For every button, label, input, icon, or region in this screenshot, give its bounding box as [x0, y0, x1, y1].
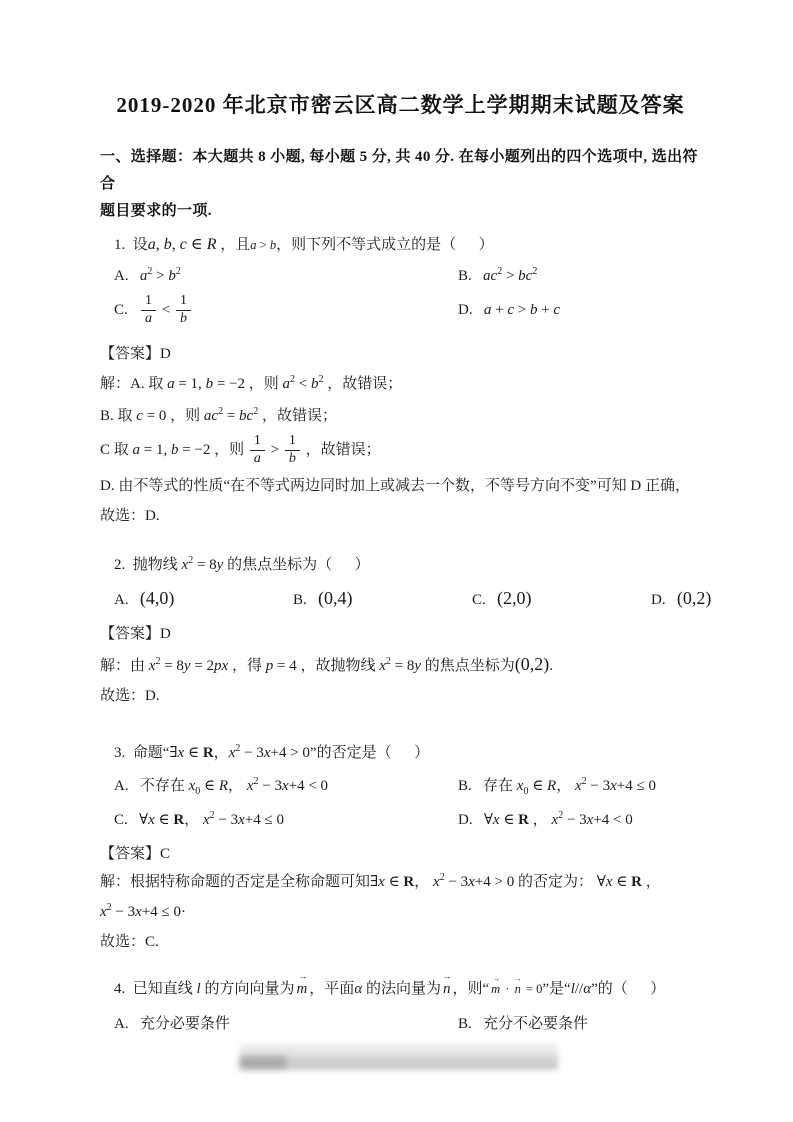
question-1-options-row-1: A. a2 > b2 B. ac2 > bc2: [100, 265, 701, 287]
question-2-option-b: B. (0,4): [279, 587, 458, 611]
question-3-stem: 3. 命题“∃x ∈ R，x2 − 3x+4 > 0”的否定是（ ）: [100, 741, 701, 765]
question-2-answer: 【答案】D: [100, 623, 701, 645]
question-4-option-b: B. 充分不必要条件: [444, 1013, 588, 1035]
question-1-options-row-2: C. 1a < 1b D. a + c > b + c: [100, 291, 701, 329]
question-1-option-a: A. a2 > b2: [100, 265, 444, 287]
question-3-option-a: A. 不存在 x0 ∈ R， x2 − 3x+4 < 0: [100, 775, 444, 797]
question-1-option-b: B. ac2 > bc2: [444, 265, 537, 287]
question-4-options-row: A. 充分必要条件 B. 充分不必要条件: [100, 1013, 701, 1035]
question-3-option-c: C. ∀x ∈ R， x2 − 3x+4 ≤ 0: [100, 809, 444, 831]
section-header-line1: 一、选择题：本大题共 8 小题, 每小题 5 分, 共 40 分. 在每小题列出…: [100, 144, 701, 198]
question-1-solution-line-5: 故选：D.: [100, 505, 701, 527]
question-1-solution-line-2: B. 取 c = 0 ，则 ac2 = bc2 ，故错误；: [100, 405, 701, 427]
blurred-watermark: [240, 1043, 558, 1070]
question-3-solution-line-2: x2 − 3x+4 ≤ 0·: [100, 901, 701, 923]
question-3-options-row-1: A. 不存在 x0 ∈ R， x2 − 3x+4 < 0 B. 存在 x0 ∈ …: [100, 775, 701, 797]
question-1-stem: 1. 设a, b, c ∈ R ，且a > b，则下列不等式成立的是（ ）: [100, 233, 701, 257]
question-4-stem: 4. 已知直线 l 的方向向量为m，平面α 的法向量为n，则“m · n = 0…: [100, 977, 701, 1001]
question-1-solution-line-1: 解：A. 取 a = 1, b = −2 ，则 a2 < b2 ，故错误；: [100, 373, 701, 395]
question-1-solution-line-3: C 取 a = 1, b = −2 ，则 1a > 1b ，故错误；: [100, 431, 701, 469]
question-3-solution-line-1: 解：根据特称命题的否定是全称命题可知∃x ∈ R， x2 − 3x+4 > 0 …: [100, 871, 701, 893]
question-2-option-d: D. (0,2): [637, 587, 711, 611]
question-4-option-a: A. 充分必要条件: [100, 1013, 444, 1035]
question-1-option-d: D. a + c > b + c: [444, 291, 560, 329]
page-title: 2019-2020 年北京市密云区高二数学上学期期末试题及答案: [100, 92, 701, 118]
question-2-stem: 2. 抛物线 x2 = 8y 的焦点坐标为（ ）: [100, 553, 701, 577]
question-2-option-a: A. (4,0): [100, 587, 279, 611]
question-2-options-row: A. (4,0) B. (0,4) C. (2,0) D. (0,2): [100, 587, 701, 611]
question-3-answer: 【答案】C: [100, 843, 701, 865]
question-2-solution-line-2: 故选：D.: [100, 685, 701, 707]
question-1-solution-line-4: D. 由不等式的性质“在不等式两边同时加上或减去一个数，不等号方向不变”可知 D…: [100, 475, 701, 497]
question-2-option-c: C. (2,0): [458, 587, 637, 611]
question-3-options-row-2: C. ∀x ∈ R， x2 − 3x+4 ≤ 0 D. ∀x ∈ R ， x2 …: [100, 809, 701, 831]
question-3-option-b: B. 存在 x0 ∈ R， x2 − 3x+4 ≤ 0: [444, 775, 656, 797]
question-1-answer: 【答案】D: [100, 343, 701, 365]
section-header: 一、选择题：本大题共 8 小题, 每小题 5 分, 共 40 分. 在每小题列出…: [100, 144, 701, 225]
question-2-solution-line-1: 解：由 x2 = 8y = 2px ，得 p = 4 ，故抛物线 x2 = 8y…: [100, 653, 701, 677]
exam-page: 2019-2020 年北京市密云区高二数学上学期期末试题及答案 一、选择题：本大…: [0, 0, 793, 1122]
question-3-solution-line-3: 故选：C.: [100, 931, 701, 953]
question-3-option-d: D. ∀x ∈ R ， x2 − 3x+4 < 0: [444, 809, 633, 831]
section-header-line2: 题目要求的一项.: [100, 198, 701, 225]
question-1-option-c: C. 1a < 1b: [100, 291, 444, 329]
